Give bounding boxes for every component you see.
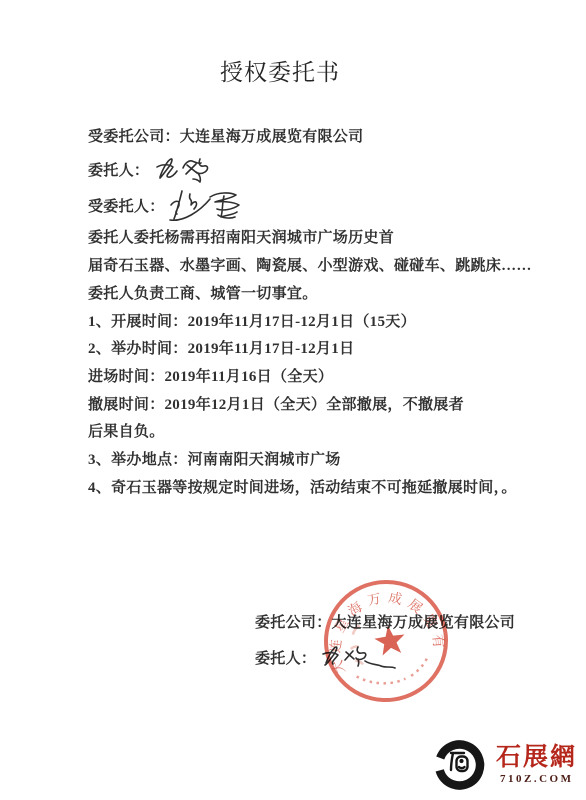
seal-star-icon <box>373 623 407 656</box>
enso-glyph-dot <box>459 759 463 763</box>
client-signature-handwriting <box>154 152 216 184</box>
term-item-1: 1、开展时间：2019年11月17日-12月1日（15天） <box>88 309 540 337</box>
entrusted-company-line: 受委托公司：大连星海万成展览有限公司 <box>88 124 540 152</box>
client-label: 委托人： <box>88 163 149 179</box>
term-item-3: 3、举办地点：河南南阳天润城市广场 <box>88 447 540 475</box>
seal-inner-faint-marks <box>348 626 365 666</box>
agent-label: 受委托人： <box>88 199 165 215</box>
term-item-2-exit-time: 撤展时间：2019年12月1日（全天）全部撤展，不撤展者 <box>88 392 540 420</box>
document-body: 受委托公司：大连星海万成展览有限公司 委托人： 受委托人： 委托人委托杨需再招南… <box>88 124 540 502</box>
watermark-logo: 石展網 710Z.COM <box>431 737 577 795</box>
enso-ring <box>433 739 486 792</box>
term-item-2-exit-cont: 后果自负。 <box>88 419 540 447</box>
term-item-2: 2、举办时间：2019年11月17日-12月1日 <box>88 336 540 364</box>
page-title: 授权委托书 <box>0 58 560 87</box>
seal-inner-dotted-arc <box>356 658 430 687</box>
agent-signature-line: 受委托人： <box>88 185 540 225</box>
watermark-site-name: 石展網 <box>496 745 577 770</box>
term-item-2-entry-time: 进场时间：2019年11月16日（全天） <box>88 364 540 392</box>
signoff-client-label: 委托人： <box>255 651 316 667</box>
seal-company-text: 大连星海万成展览有限公司 <box>312 569 449 678</box>
watermark-site-url: 710Z.COM <box>496 773 577 785</box>
client-signature-line: 委托人： <box>88 152 540 186</box>
delegation-text-3: 委托人负责工商、城管一切事宜。 <box>88 281 540 309</box>
delegation-text-2: 届奇石玉器、水墨字画、陶瓷展、小型游戏、碰碰车、跳跳床…… <box>88 253 540 281</box>
company-seal-stamp: 大连星海万成展览有限公司 <box>312 569 460 712</box>
agent-signature-handwriting <box>166 185 246 225</box>
stone-enso-logo-icon <box>431 737 489 795</box>
term-item-4: 4、奇石玉器等按规定时间进场，活动结束不可拖延撤展时间，。 <box>88 475 540 503</box>
delegation-text-1: 委托人委托杨需再招南阳天润城市广场历史首 <box>88 225 540 253</box>
watermark-text: 石展網 710Z.COM <box>496 737 577 785</box>
scanned-authorization-letter: 授权委托书 受委托公司：大连星海万成展览有限公司 委托人： 受委托人： 委托人委… <box>0 0 586 800</box>
